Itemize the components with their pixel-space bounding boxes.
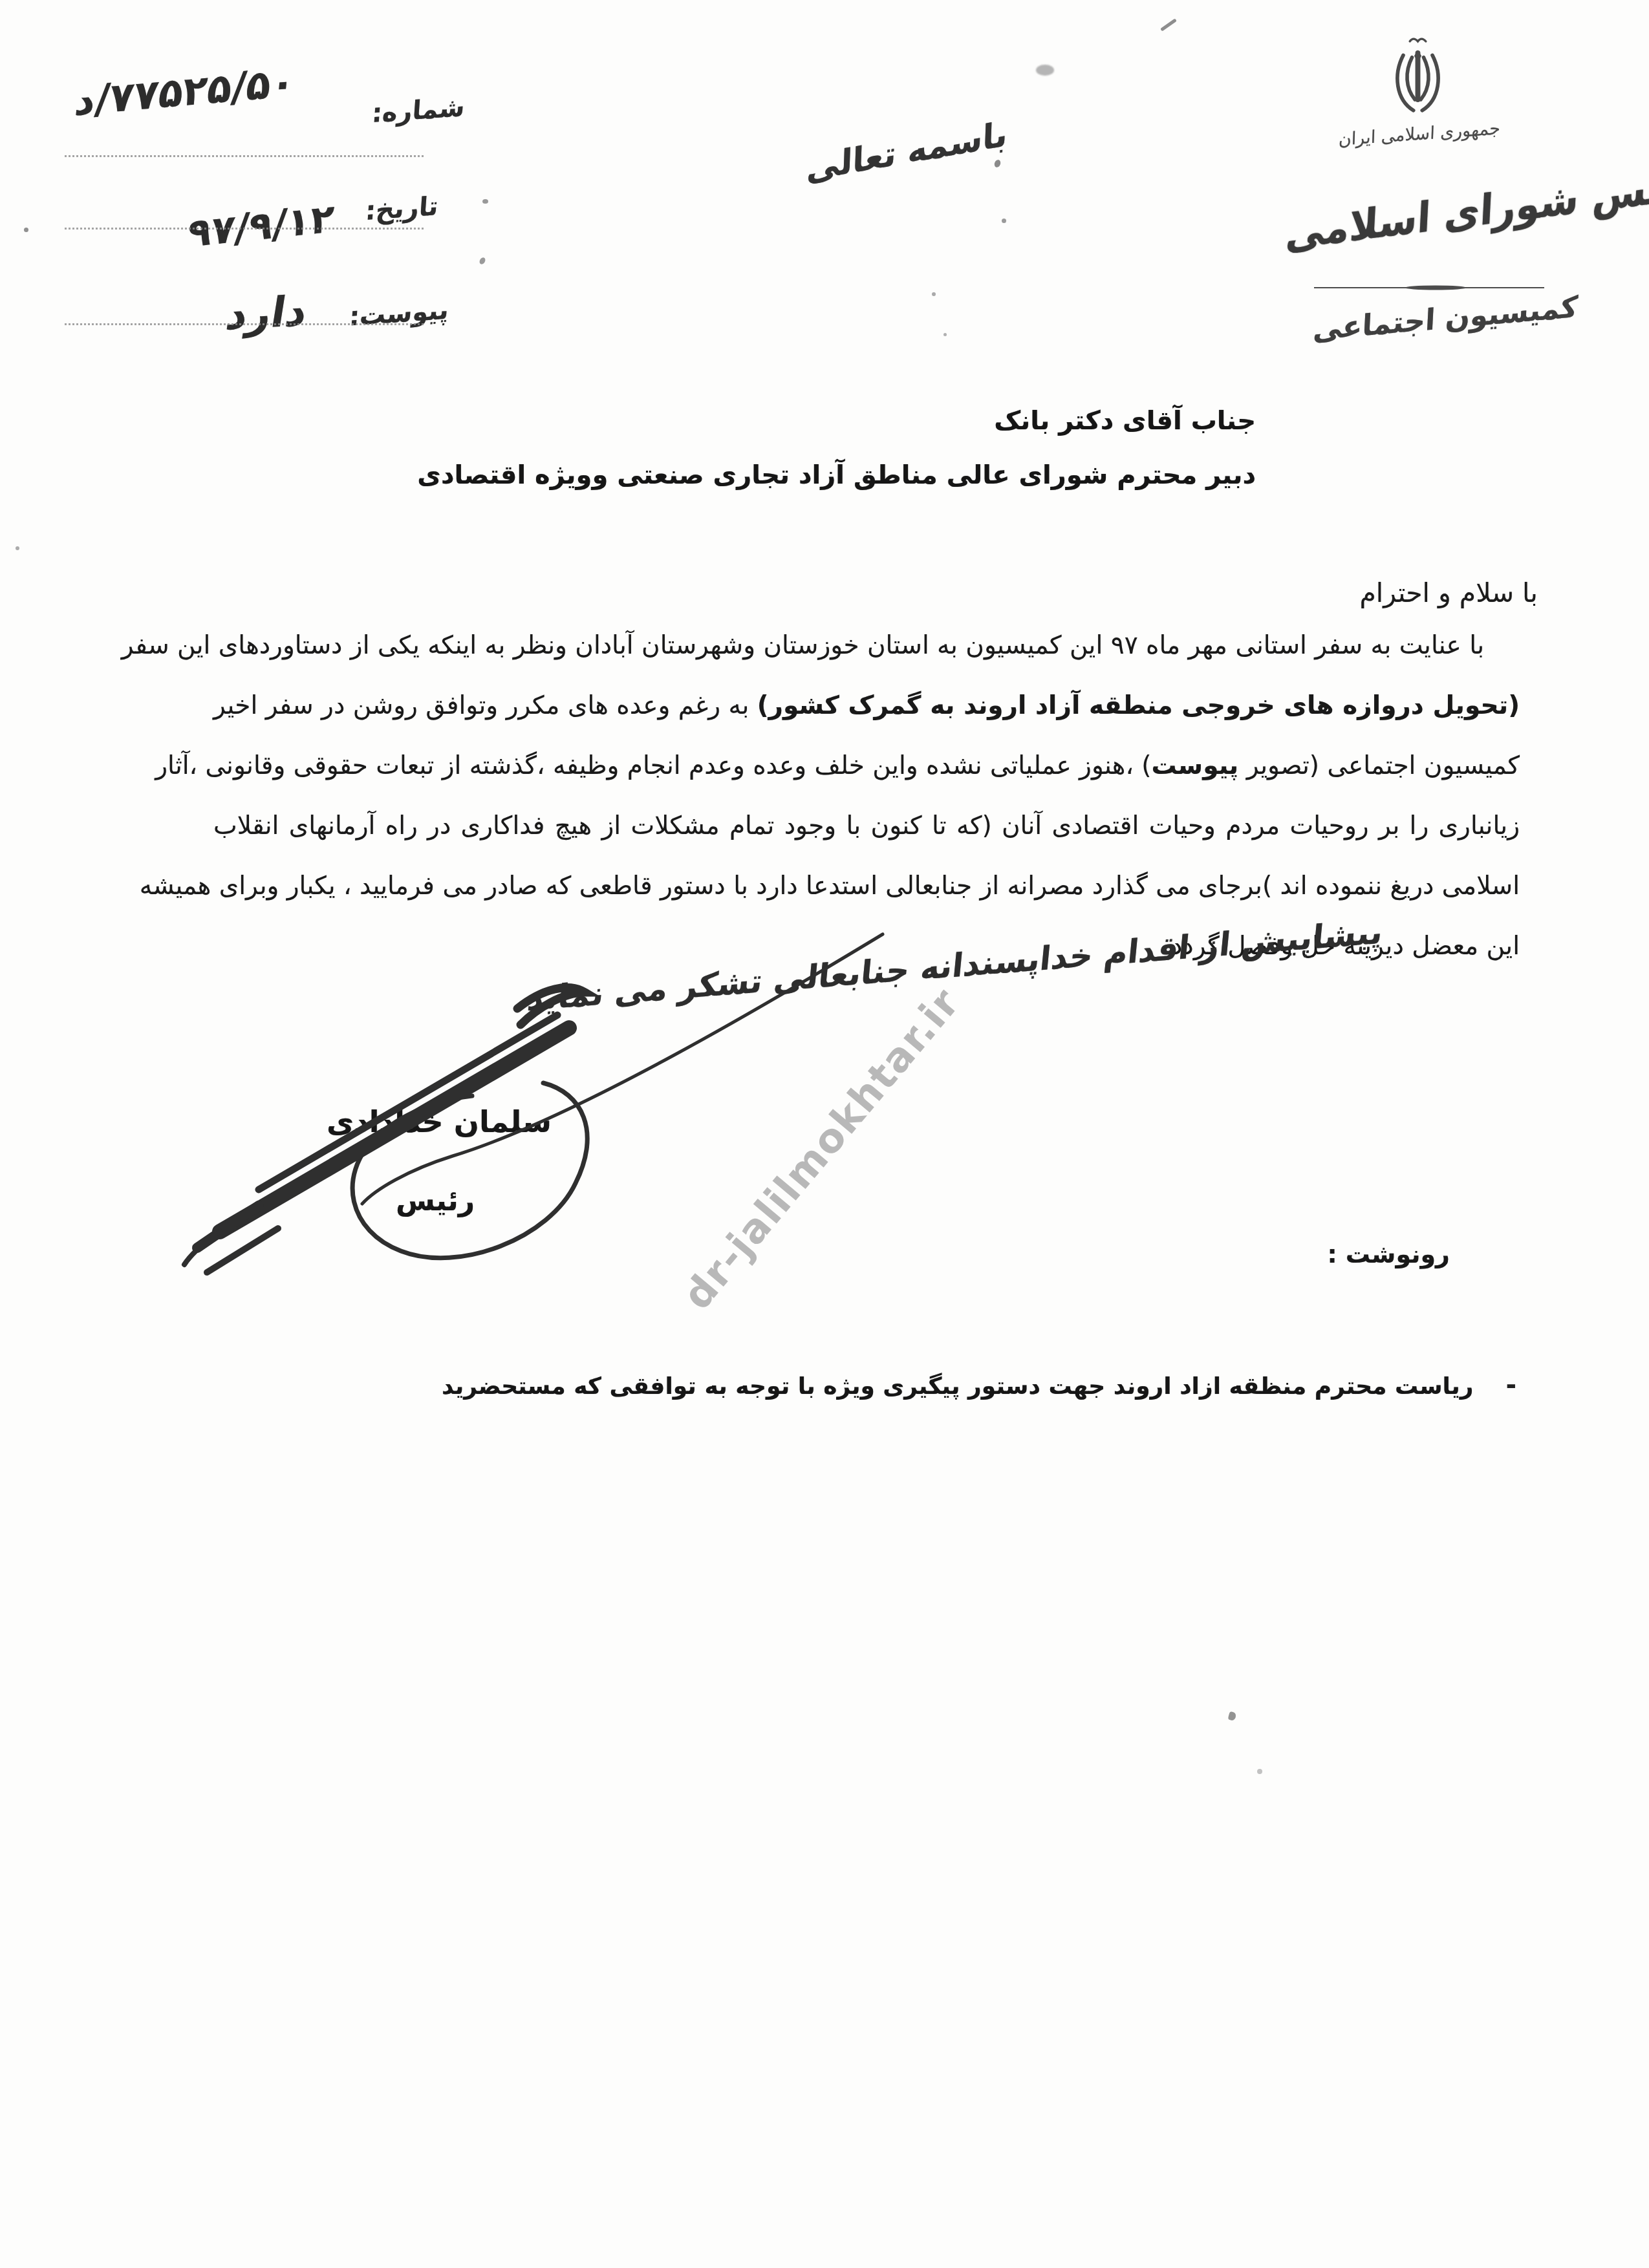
iran-emblem-icon [1381, 36, 1455, 123]
attachment-dotted-line [65, 323, 424, 325]
body-line-3-pre: کمیسیون اجتماعی (تصویر [1238, 751, 1520, 780]
scan-speck [16, 546, 19, 550]
scan-speck [1002, 219, 1006, 223]
body-line-1: با عنایت به سفر استانی مهر ماه ۹۷ این کم… [213, 615, 1520, 676]
scanned-letter-page: شماره: ۷۷۵۲۵/۵۰/د تاریخ: ۹۷/۹/۱۲ پیوست: … [0, 0, 1649, 2268]
bismillah-calligraphy: باسمه تعالی [806, 114, 1008, 189]
body-line-2-bold: (تحویل دروازه های خروجی منطقه آزاد اروند… [757, 691, 1520, 720]
body-line-3-rest: ) ،هنوز عملیاتی نشده واین خلف وعده وعدم … [155, 751, 1151, 780]
body-line-3-bold: پیوست [1152, 751, 1239, 780]
scan-speck [482, 199, 488, 204]
cc-item: - ریاست محترم منظقه ازاد اروند جهت دستور… [442, 1369, 1516, 1404]
commission-title: کمیسیون اجتماعی [1312, 292, 1546, 347]
cc-label: رونوشت : [1327, 1240, 1450, 1268]
scan-fold-mark [1160, 18, 1177, 31]
body-line-2: (تحویل دروازه های خروجی منطقه آزاد اروند… [213, 676, 1520, 736]
date-field-label: تاریخ: [365, 191, 440, 226]
parliament-title-calligraphy: مجلس شورای اسلامی [1284, 177, 1568, 259]
scan-speck [943, 333, 947, 336]
recipient-name: جناب آقای دکتر بانک [994, 406, 1256, 436]
scan-smudge [1036, 65, 1054, 76]
body-line-2-rest: به رغم وعده های مکرر وتوافق روشن در سفر … [213, 691, 757, 720]
attachment-field-label: پیوست: [349, 295, 450, 332]
cc-item-dash: - [1505, 1369, 1516, 1402]
body-line-4: زیانباری را بر روحیات مردم وحیات اقتصادی… [213, 796, 1520, 856]
scan-speck [1257, 1769, 1262, 1774]
date-field-value: ۹۷/۹/۱۲ [186, 196, 336, 257]
letterhead-divider [1313, 284, 1546, 291]
number-field-value: ۷۷۵۲۵/۵۰/د [72, 58, 297, 125]
scan-speck [993, 159, 1002, 168]
number-dotted-line [65, 155, 424, 157]
stray-comma-mark [1228, 1711, 1237, 1721]
attachment-field-value: دارد [222, 287, 310, 339]
scan-speck [24, 228, 28, 232]
cc-item-text: ریاست محترم منظقه ازاد اروند جهت دستور پ… [442, 1369, 1473, 1404]
date-dotted-line [65, 228, 424, 230]
scan-speck [479, 257, 486, 266]
number-field-label: شماره: [371, 92, 466, 129]
salutation-line: با سلام و احترام [1359, 577, 1538, 608]
body-line-3: کمیسیون اجتماعی (تصویر پیوست) ،هنوز عملی… [213, 736, 1520, 796]
recipient-title: دبیر محترم شورای عالی مناطق آزاد تجاری ص… [417, 460, 1256, 490]
scan-speck [932, 292, 936, 296]
